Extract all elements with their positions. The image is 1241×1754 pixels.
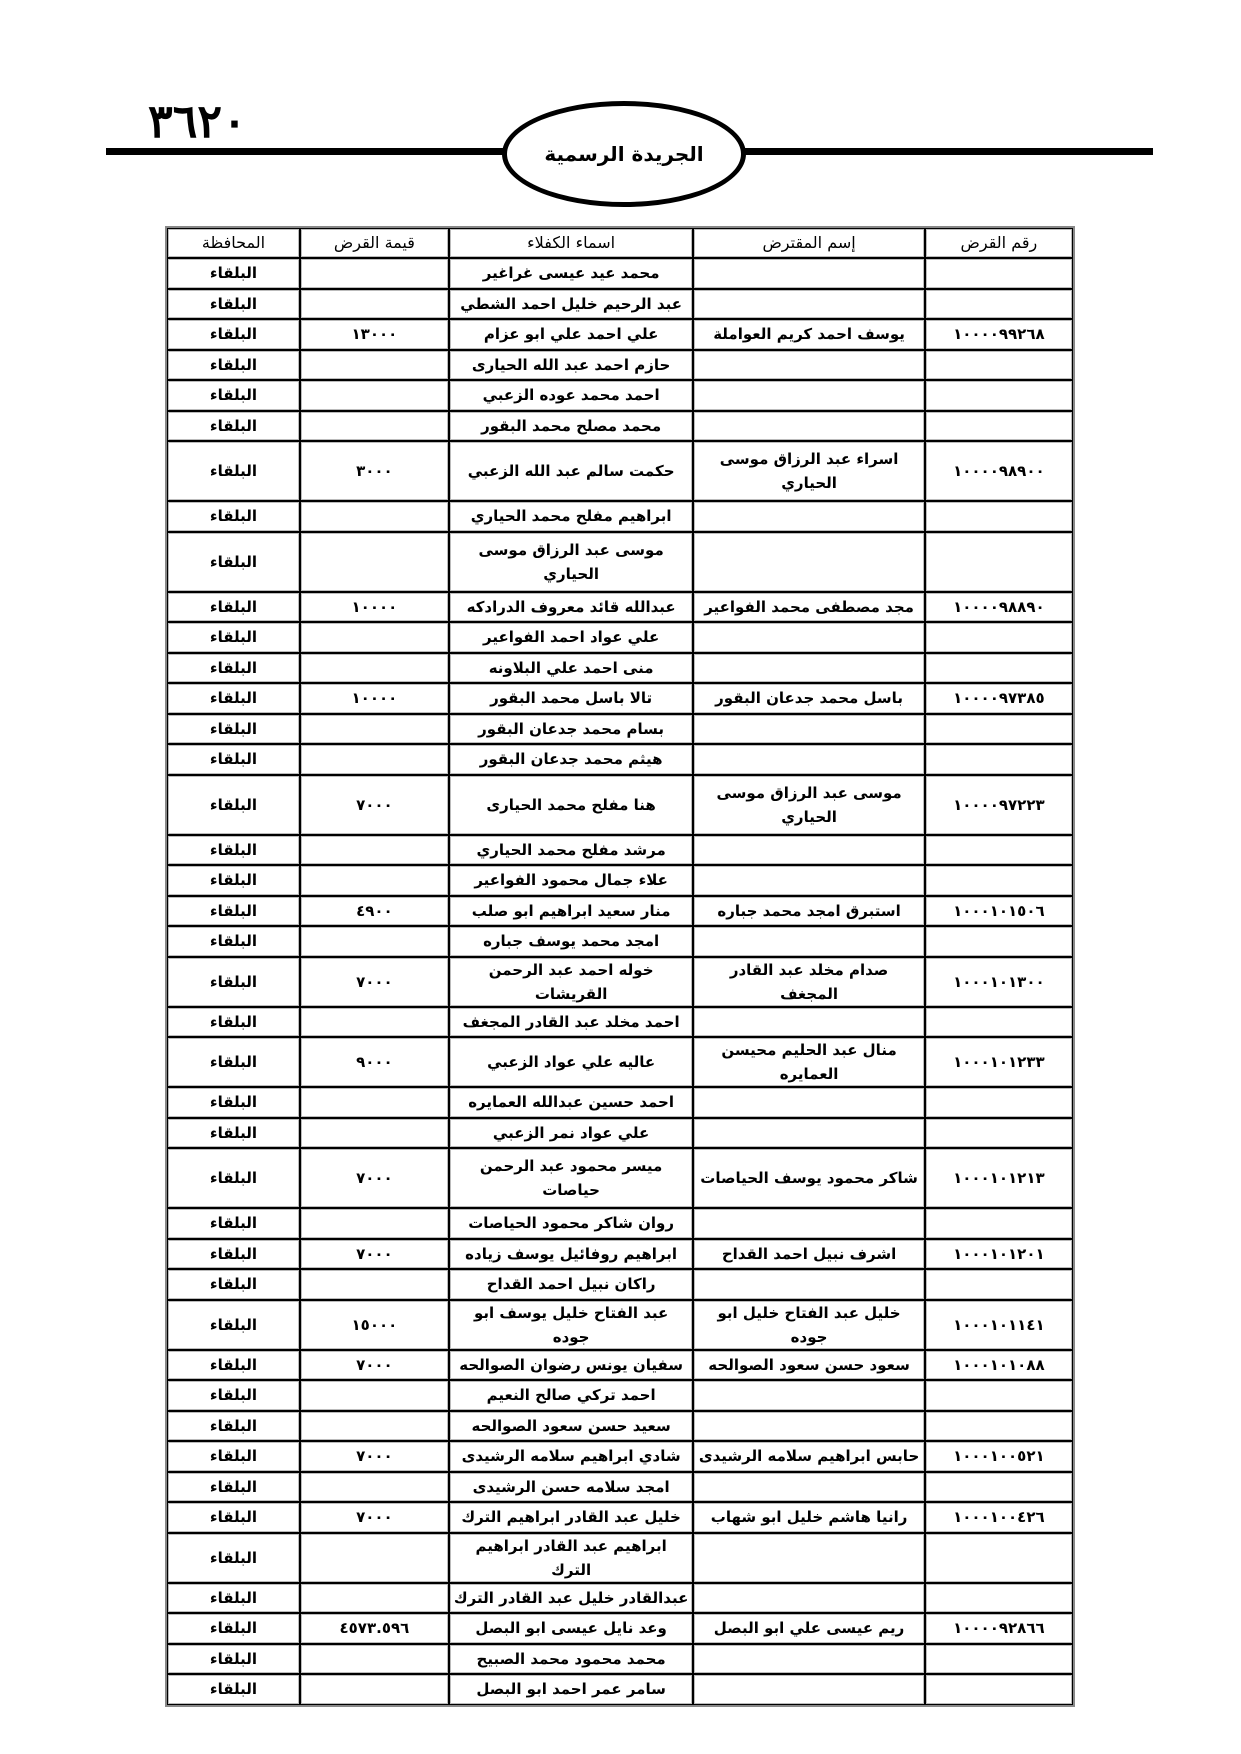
cell-governorate: البلقاء	[167, 1300, 300, 1350]
cell-borrower	[693, 1674, 924, 1705]
cell-loan-no	[925, 1644, 1073, 1675]
cell-loan-no	[925, 1007, 1073, 1038]
cell-governorate: البلقاء	[167, 380, 300, 411]
cell-governorate: البلقاء	[167, 1350, 300, 1381]
cell-governorate: البلقاء	[167, 1269, 300, 1300]
table-row: علي عواد احمد الفواعيرالبلقاء	[167, 622, 1073, 653]
cell-amount: ١٠٠٠٠	[300, 683, 449, 714]
table-row: موسى عبد الرزاق موسى الحياريالبلقاء	[167, 532, 1073, 592]
cell-amount	[300, 1674, 449, 1705]
cell-guarantor: عبدالله قائد معروف الدرادكه	[449, 592, 693, 623]
cell-guarantor: ابراهيم روفائيل يوسف زياده	[449, 1239, 693, 1270]
table-row: احمد مخلد عبد القادر المجغفالبلقاء	[167, 1007, 1073, 1038]
cell-governorate: البلقاء	[167, 1148, 300, 1208]
cell-borrower	[693, 744, 924, 775]
cell-governorate: البلقاء	[167, 714, 300, 745]
cell-loan-no: ١٠٠٠١٠١٢٠١	[925, 1239, 1073, 1270]
cell-loan-no	[925, 501, 1073, 532]
col-header-borrower: إسم المقترض	[693, 228, 924, 258]
cell-amount: ٧٠٠٠	[300, 1441, 449, 1472]
cell-loan-no	[925, 532, 1073, 592]
col-header-loan-no: رقم القرض	[925, 228, 1073, 258]
cell-guarantor: منى احمد علي البلاونه	[449, 653, 693, 684]
cell-loan-no	[925, 926, 1073, 957]
cell-amount	[300, 1380, 449, 1411]
cell-borrower	[693, 1411, 924, 1442]
cell-borrower	[693, 1208, 924, 1239]
cell-loan-no: ١٠٠٠٠٩٢٨٦٦	[925, 1613, 1073, 1644]
cell-borrower	[693, 1380, 924, 1411]
table-row: ١٠٠٠١٠١١٤١خليل عبد الفتاح خليل ابو جودهع…	[167, 1300, 1073, 1350]
cell-amount	[300, 714, 449, 745]
cell-governorate: البلقاء	[167, 592, 300, 623]
table-row: عبدالقادر خليل عبد القادر التركالبلقاء	[167, 1583, 1073, 1614]
cell-amount	[300, 653, 449, 684]
cell-amount: ٧٠٠٠	[300, 1239, 449, 1270]
cell-amount: ٣٠٠٠	[300, 441, 449, 501]
cell-governorate: البلقاء	[167, 532, 300, 592]
cell-governorate: البلقاء	[167, 1087, 300, 1118]
table-row: احمد محمد عوده الزعبيالبلقاء	[167, 380, 1073, 411]
cell-amount	[300, 350, 449, 381]
cell-guarantor: علي احمد علي ابو عزام	[449, 319, 693, 350]
cell-borrower	[693, 653, 924, 684]
cell-loan-no: ١٠٠٠٠٩٨٩٠٠	[925, 441, 1073, 501]
cell-loan-no: ١٠٠٠١٠٠٤٢٦	[925, 1502, 1073, 1533]
cell-guarantor: خليل عبد القادر ابراهيم الترك	[449, 1502, 693, 1533]
cell-loan-no	[925, 1583, 1073, 1614]
table-row: امجد محمد يوسف جبارهالبلقاء	[167, 926, 1073, 957]
cell-loan-no	[925, 653, 1073, 684]
cell-loan-no: ١٠٠٠٠٩٧٣٨٥	[925, 683, 1073, 714]
cell-guarantor: وعد نايل عيسى ابو البصل	[449, 1613, 693, 1644]
cell-loan-no	[925, 1674, 1073, 1705]
cell-borrower: خليل عبد الفتاح خليل ابو جوده	[693, 1300, 924, 1350]
cell-governorate: البلقاء	[167, 1644, 300, 1675]
cell-guarantor: منار سعيد ابراهيم ابو صلب	[449, 896, 693, 927]
cell-guarantor: احمد تركي صالح النعيم	[449, 1380, 693, 1411]
cell-governorate: البلقاء	[167, 775, 300, 835]
cell-loan-no	[925, 1472, 1073, 1503]
cell-loan-no: ١٠٠٠١٠١٥٠٦	[925, 896, 1073, 927]
cell-loan-no	[925, 714, 1073, 745]
cell-borrower: حابس ابراهيم سلامه الرشيدى	[693, 1441, 924, 1472]
cell-loan-no: ١٠٠٠١٠٠٥٢١	[925, 1441, 1073, 1472]
cell-loan-no	[925, 1380, 1073, 1411]
table-row: عبد الرحيم خليل احمد الشطيالبلقاء	[167, 289, 1073, 320]
cell-guarantor: احمد حسين عبدالله العمايره	[449, 1087, 693, 1118]
cell-borrower: مجد مصطفى محمد الفواعير	[693, 592, 924, 623]
cell-amount: ١٣٠٠٠	[300, 319, 449, 350]
cell-guarantor: علاء جمال محمود الفواعير	[449, 865, 693, 896]
cell-loan-no	[925, 1118, 1073, 1149]
cell-guarantor: موسى عبد الرزاق موسى الحياري	[449, 532, 693, 592]
cell-governorate: البلقاء	[167, 865, 300, 896]
table-row: ١٠٠٠٠٩٧٣٨٥باسل محمد جدعان البقورتالا باس…	[167, 683, 1073, 714]
cell-loan-no: ١٠٠٠١٠١١٤١	[925, 1300, 1073, 1350]
cell-guarantor: سعيد حسن سعود الصوالحه	[449, 1411, 693, 1442]
table-row: هيثم محمد جدعان البقورالبلقاء	[167, 744, 1073, 775]
cell-guarantor: هيثم محمد جدعان البقور	[449, 744, 693, 775]
table-row: محمد محمود محمد الصبيحالبلقاء	[167, 1644, 1073, 1675]
cell-amount	[300, 380, 449, 411]
cell-governorate: البلقاء	[167, 835, 300, 866]
col-header-governorate: المحافظة	[167, 228, 300, 258]
table-row: ابراهيم عبد القادر ابراهيم التركالبلقاء	[167, 1533, 1073, 1583]
cell-guarantor: ابراهيم مفلح محمد الحياري	[449, 501, 693, 532]
cell-borrower	[693, 714, 924, 745]
cell-amount	[300, 744, 449, 775]
cell-governorate: البلقاء	[167, 350, 300, 381]
cell-loan-no	[925, 622, 1073, 653]
table-row: بسام محمد جدعان البقورالبلقاء	[167, 714, 1073, 745]
cell-governorate: البلقاء	[167, 319, 300, 350]
cell-governorate: البلقاء	[167, 1007, 300, 1038]
cell-guarantor: حازم احمد عبد الله الحيارى	[449, 350, 693, 381]
table-row: احمد تركي صالح النعيمالبلقاء	[167, 1380, 1073, 1411]
cell-borrower: رانيا هاشم خليل ابو شهاب	[693, 1502, 924, 1533]
header-rule-right	[738, 148, 1153, 155]
cell-guarantor: احمد مخلد عبد القادر المجغف	[449, 1007, 693, 1038]
cell-guarantor: راكان نبيل احمد القداح	[449, 1269, 693, 1300]
cell-borrower	[693, 1472, 924, 1503]
cell-borrower	[693, 1583, 924, 1614]
cell-governorate: البلقاء	[167, 441, 300, 501]
cell-governorate: البلقاء	[167, 411, 300, 442]
table-row: حازم احمد عبد الله الحيارىالبلقاء	[167, 350, 1073, 381]
cell-governorate: البلقاء	[167, 1380, 300, 1411]
cell-borrower: سعود حسن سعود الصوالحه	[693, 1350, 924, 1381]
cell-loan-no: ١٠٠٠١٠١٠٨٨	[925, 1350, 1073, 1381]
cell-amount: ٤٥٧٣.٥٩٦	[300, 1613, 449, 1644]
cell-amount	[300, 835, 449, 866]
cell-amount	[300, 1118, 449, 1149]
cell-governorate: البلقاء	[167, 1441, 300, 1472]
cell-guarantor: امجد سلامه حسن الرشيدى	[449, 1472, 693, 1503]
cell-loan-no	[925, 411, 1073, 442]
cell-borrower	[693, 1118, 924, 1149]
table-row: ١٠٠٠١٠٠٤٢٦رانيا هاشم خليل ابو شهابخليل ع…	[167, 1502, 1073, 1533]
cell-guarantor: محمد مصلح محمد البقور	[449, 411, 693, 442]
table-header-row: رقم القرض إسم المقترض اسماء الكفلاء قيمة…	[167, 228, 1073, 258]
table-row: روان شاكر محمود الحياصاتالبلقاء	[167, 1208, 1073, 1239]
cell-amount	[300, 1644, 449, 1675]
cell-borrower	[693, 258, 924, 289]
cell-guarantor: خوله احمد عبد الرحمن القريشات	[449, 957, 693, 1007]
cell-amount: ٤٩٠٠	[300, 896, 449, 927]
cell-governorate: البلقاء	[167, 1208, 300, 1239]
cell-loan-no	[925, 865, 1073, 896]
cell-borrower: اشرف نبيل احمد القداح	[693, 1239, 924, 1270]
cell-governorate: البلقاء	[167, 1674, 300, 1705]
cell-governorate: البلقاء	[167, 1502, 300, 1533]
cell-amount: ٧٠٠٠	[300, 957, 449, 1007]
cell-amount	[300, 1533, 449, 1583]
table-row: ١٠٠٠١٠٠٥٢١حابس ابراهيم سلامه الرشيدىشادي…	[167, 1441, 1073, 1472]
cell-borrower	[693, 1269, 924, 1300]
table-row: ١٠٠٠٠٩٨٨٩٠مجد مصطفى محمد الفواعيرعبدالله…	[167, 592, 1073, 623]
cell-loan-no: ١٠٠٠١٠١٣٠٠	[925, 957, 1073, 1007]
cell-amount	[300, 532, 449, 592]
cell-guarantor: عبد الرحيم خليل احمد الشطي	[449, 289, 693, 320]
cell-guarantor: شادي ابراهيم سلامه الرشيدى	[449, 1441, 693, 1472]
cell-governorate: البلقاء	[167, 926, 300, 957]
cell-borrower	[693, 1533, 924, 1583]
table-row: سعيد حسن سعود الصوالحهالبلقاء	[167, 1411, 1073, 1442]
cell-loan-no	[925, 1208, 1073, 1239]
table-row: ١٠٠٠٠٩٩٢٦٨يوسف احمد كريم العواملةعلي احم…	[167, 319, 1073, 350]
table-body: محمد عيد عيسى غراغيرالبلقاءعبد الرحيم خل…	[167, 258, 1073, 1705]
table-row: محمد مصلح محمد البقورالبلقاء	[167, 411, 1073, 442]
cell-amount	[300, 1411, 449, 1442]
cell-amount: ٧٠٠٠	[300, 1350, 449, 1381]
table-row: ١٠٠٠١٠١٣٠٠صدام مخلد عبد القادر المجغفخول…	[167, 957, 1073, 1007]
cell-borrower	[693, 501, 924, 532]
cell-loan-no	[925, 258, 1073, 289]
cell-amount	[300, 501, 449, 532]
cell-loan-no: ١٠٠٠١٠١٢٣٣	[925, 1037, 1073, 1087]
cell-loan-no	[925, 1087, 1073, 1118]
cell-borrower	[693, 1087, 924, 1118]
cell-borrower	[693, 865, 924, 896]
cell-guarantor: سفيان يونس رضوان الصوالحه	[449, 1350, 693, 1381]
header-rule-left	[106, 148, 506, 155]
table-row: ١٠٠٠١٠١٢٠١اشرف نبيل احمد القداحابراهيم ر…	[167, 1239, 1073, 1270]
cell-borrower: يوسف احمد كريم العواملة	[693, 319, 924, 350]
cell-guarantor: روان شاكر محمود الحياصات	[449, 1208, 693, 1239]
cell-guarantor: سامر عمر احمد ابو البصل	[449, 1674, 693, 1705]
table-row: ١٠٠٠١٠١٥٠٦استبرق امجد محمد جبارهمنار سعي…	[167, 896, 1073, 927]
cell-governorate: البلقاء	[167, 1533, 300, 1583]
cell-guarantor: تالا باسل محمد البقور	[449, 683, 693, 714]
cell-governorate: البلقاء	[167, 501, 300, 532]
cell-guarantor: احمد محمد عوده الزعبي	[449, 380, 693, 411]
cell-loan-no	[925, 744, 1073, 775]
cell-guarantor: ميسر محمود عبد الرحمن حياصات	[449, 1148, 693, 1208]
cell-governorate: البلقاء	[167, 744, 300, 775]
cell-amount: ١٠٠٠٠	[300, 592, 449, 623]
table-row: سامر عمر احمد ابو البصلالبلقاء	[167, 1674, 1073, 1705]
table-row: ١٠٠٠٠٩٧٢٢٣موسى عبد الرزاق موسى الحياريهن…	[167, 775, 1073, 835]
cell-guarantor: عبدالقادر خليل عبد القادر الترك	[449, 1583, 693, 1614]
table-row: احمد حسين عبدالله العمايرهالبلقاء	[167, 1087, 1073, 1118]
cell-borrower	[693, 380, 924, 411]
table-row: ابراهيم مفلح محمد الحياريالبلقاء	[167, 501, 1073, 532]
col-header-amount: قيمة القرض	[300, 228, 449, 258]
cell-guarantor: حكمت سالم عبد الله الزعبي	[449, 441, 693, 501]
cell-loan-no	[925, 350, 1073, 381]
cell-borrower	[693, 289, 924, 320]
cell-guarantor: محمد عيد عيسى غراغير	[449, 258, 693, 289]
cell-amount	[300, 289, 449, 320]
publication-title: الجريدة الرسمية	[544, 142, 703, 166]
cell-amount: ٧٠٠٠	[300, 775, 449, 835]
cell-loan-no: ١٠٠٠١٠١٢١٣	[925, 1148, 1073, 1208]
table-row: ١٠٠٠١٠١٢٣٣منال عبد الحليم محيسن العمايره…	[167, 1037, 1073, 1087]
cell-governorate: البلقاء	[167, 683, 300, 714]
cell-borrower	[693, 835, 924, 866]
cell-loan-no	[925, 289, 1073, 320]
loans-table: رقم القرض إسم المقترض اسماء الكفلاء قيمة…	[165, 226, 1075, 1707]
cell-amount	[300, 1269, 449, 1300]
cell-amount	[300, 1087, 449, 1118]
table-row: علي عواد نمر الزعبيالبلقاء	[167, 1118, 1073, 1149]
table-row: علاء جمال محمود الفواعيرالبلقاء	[167, 865, 1073, 896]
cell-guarantor: محمد محمود محمد الصبيح	[449, 1644, 693, 1675]
cell-governorate: البلقاء	[167, 1118, 300, 1149]
cell-guarantor: بسام محمد جدعان البقور	[449, 714, 693, 745]
cell-guarantor: عبد الفتاح خليل يوسف ابو جوده	[449, 1300, 693, 1350]
cell-governorate: البلقاء	[167, 1613, 300, 1644]
cell-governorate: البلقاء	[167, 1583, 300, 1614]
table-row: محمد عيد عيسى غراغيرالبلقاء	[167, 258, 1073, 289]
cell-governorate: البلقاء	[167, 1239, 300, 1270]
cell-borrower	[693, 350, 924, 381]
table-row: ١٠٠٠٠٩٨٩٠٠اسراء عبد الرزاق موسى الحياريح…	[167, 441, 1073, 501]
cell-governorate: البلقاء	[167, 957, 300, 1007]
cell-guarantor: علي عواد احمد الفواعير	[449, 622, 693, 653]
cell-guarantor: عاليه علي عواد الزعبي	[449, 1037, 693, 1087]
cell-guarantor: امجد محمد يوسف جباره	[449, 926, 693, 957]
table-row: ١٠٠٠١٠١٢١٣شاكر محمود يوسف الحياصاتميسر م…	[167, 1148, 1073, 1208]
cell-borrower	[693, 1644, 924, 1675]
cell-borrower	[693, 622, 924, 653]
cell-amount	[300, 1583, 449, 1614]
table-row: ١٠٠٠١٠١٠٨٨سعود حسن سعود الصوالحهسفيان يو…	[167, 1350, 1073, 1381]
cell-amount: ٩٠٠٠	[300, 1037, 449, 1087]
table-row: ١٠٠٠٠٩٢٨٦٦ريم عيسى علي ابو البصلوعد نايل…	[167, 1613, 1073, 1644]
table-row: منى احمد علي البلاونهالبلقاء	[167, 653, 1073, 684]
cell-borrower: موسى عبد الرزاق موسى الحياري	[693, 775, 924, 835]
col-header-guarantors: اسماء الكفلاء	[449, 228, 693, 258]
cell-amount	[300, 926, 449, 957]
cell-borrower: اسراء عبد الرزاق موسى الحياري	[693, 441, 924, 501]
cell-governorate: البلقاء	[167, 622, 300, 653]
cell-borrower: منال عبد الحليم محيسن العمايره	[693, 1037, 924, 1087]
cell-amount	[300, 411, 449, 442]
cell-loan-no: ١٠٠٠٠٩٩٢٦٨	[925, 319, 1073, 350]
cell-loan-no	[925, 1411, 1073, 1442]
cell-borrower: صدام مخلد عبد القادر المجغف	[693, 957, 924, 1007]
cell-amount	[300, 1472, 449, 1503]
cell-borrower: استبرق امجد محمد جباره	[693, 896, 924, 927]
page-number: ٣٦٢٠	[148, 94, 247, 148]
cell-borrower	[693, 532, 924, 592]
cell-amount	[300, 1007, 449, 1038]
cell-loan-no	[925, 835, 1073, 866]
cell-amount: ٧٠٠٠	[300, 1148, 449, 1208]
cell-amount	[300, 258, 449, 289]
cell-loan-no	[925, 1269, 1073, 1300]
cell-loan-no: ١٠٠٠٠٩٧٢٢٣	[925, 775, 1073, 835]
cell-amount	[300, 622, 449, 653]
cell-borrower	[693, 926, 924, 957]
cell-loan-no: ١٠٠٠٠٩٨٨٩٠	[925, 592, 1073, 623]
cell-governorate: البلقاء	[167, 1037, 300, 1087]
cell-amount: ١٥٠٠٠	[300, 1300, 449, 1350]
cell-governorate: البلقاء	[167, 1472, 300, 1503]
cell-loan-no	[925, 380, 1073, 411]
cell-amount	[300, 1208, 449, 1239]
cell-governorate: البلقاء	[167, 1411, 300, 1442]
cell-governorate: البلقاء	[167, 289, 300, 320]
cell-guarantor: علي عواد نمر الزعبي	[449, 1118, 693, 1149]
table-row: مرشد مفلح محمد الحياريالبلقاء	[167, 835, 1073, 866]
cell-governorate: البلقاء	[167, 896, 300, 927]
cell-amount: ٧٠٠٠	[300, 1502, 449, 1533]
cell-borrower: باسل محمد جدعان البقور	[693, 683, 924, 714]
cell-guarantor: مرشد مفلح محمد الحياري	[449, 835, 693, 866]
cell-loan-no	[925, 1533, 1073, 1583]
cell-guarantor: هنا مفلح محمد الحيارى	[449, 775, 693, 835]
cell-amount	[300, 865, 449, 896]
cell-governorate: البلقاء	[167, 653, 300, 684]
cell-borrower: ريم عيسى علي ابو البصل	[693, 1613, 924, 1644]
cell-guarantor: ابراهيم عبد القادر ابراهيم الترك	[449, 1533, 693, 1583]
table-row: راكان نبيل احمد القداحالبلقاء	[167, 1269, 1073, 1300]
table-row: امجد سلامه حسن الرشيدىالبلقاء	[167, 1472, 1073, 1503]
cell-borrower: شاكر محمود يوسف الحياصات	[693, 1148, 924, 1208]
cell-borrower	[693, 1007, 924, 1038]
cell-borrower	[693, 411, 924, 442]
masthead-ellipse: الجريدة الرسمية	[502, 101, 746, 207]
cell-governorate: البلقاء	[167, 258, 300, 289]
